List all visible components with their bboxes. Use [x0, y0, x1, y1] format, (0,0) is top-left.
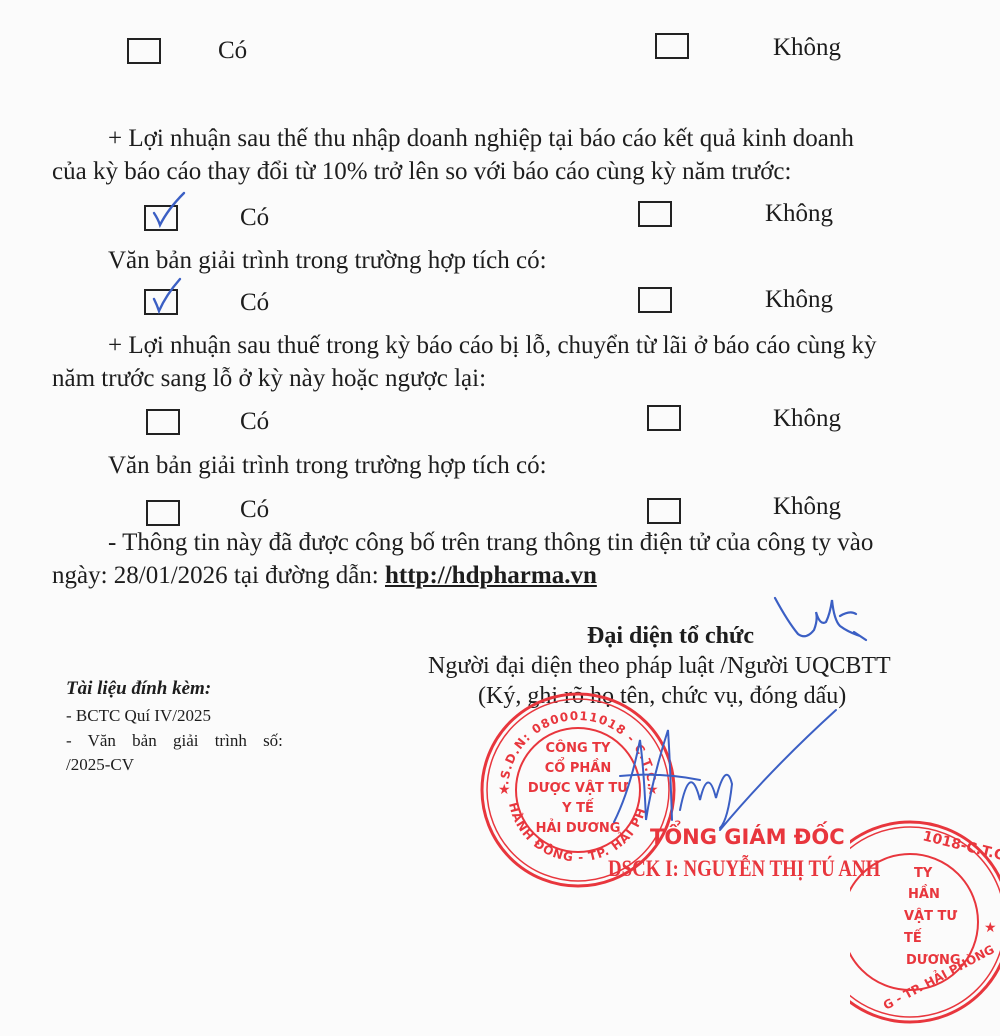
svg-text:VẬT TƯ: VẬT TƯ [904, 908, 957, 924]
option-label-khong: Không [765, 199, 833, 229]
svg-text:G - TP. HẢI PHÒNG: G - TP. HẢI PHÒNG [880, 940, 997, 1012]
option-label-khong: Không [773, 33, 841, 63]
checkbox-section2-co[interactable] [146, 409, 180, 435]
checkbox-explanation1-khong[interactable] [638, 287, 672, 313]
option-label-co: Có [240, 288, 269, 318]
explanation-label-1: Văn bản giải trình trong trường hợp tích… [108, 246, 547, 276]
checkbox-section1-co[interactable] [144, 205, 178, 231]
signature-role: Người đại diện theo pháp luật /Người UQC… [428, 651, 891, 681]
explanation-label-2: Văn bản giải trình trong trường hợp tích… [108, 451, 547, 481]
option-label-khong: Không [765, 285, 833, 315]
checkmark-icon [144, 191, 188, 235]
question-2-line-1: + Lợi nhuận sau thuế trong kỳ báo cáo bị… [108, 331, 876, 361]
attachment-item: - BCTC Quí IV/2025 [66, 706, 211, 726]
checkmark-icon [144, 275, 188, 319]
option-label-co: Có [240, 407, 269, 437]
svg-text:Y TẾ: Y TẾ [561, 799, 594, 816]
attachment-item: /2025-CV [66, 755, 134, 775]
question-1-line-2: của kỳ báo cáo thay đổi từ 10% trở lên s… [52, 157, 791, 187]
checkbox-explanation2-khong[interactable] [647, 498, 681, 524]
checkbox-section0-khong[interactable] [655, 33, 689, 59]
publication-line-2: ngày: 28/01/2026 tại đường dẫn: http://h… [52, 561, 597, 591]
svg-text:TY: TY [914, 866, 933, 881]
checkbox-section0-co[interactable] [127, 38, 161, 64]
question-1-line-1: + Lợi nhuận sau thế thu nhập doanh nghiệ… [108, 124, 854, 154]
checkbox-explanation2-co[interactable] [146, 500, 180, 526]
company-stamp-partial: 1018-C.T.C.P ★ TY HẦN VẬT TƯ TẾ DƯƠNG G … [850, 810, 1000, 1036]
signer-name: DSCK I: NGUYỄN THỊ TÚ ANH [608, 856, 880, 882]
initial-signature-icon [770, 592, 870, 652]
publication-line-1: - Thông tin này đã được công bố trên tra… [108, 528, 873, 558]
option-label-khong: Không [773, 404, 841, 434]
checkbox-section2-khong[interactable] [647, 405, 681, 431]
svg-text:★: ★ [984, 920, 997, 936]
svg-text:★: ★ [498, 782, 511, 798]
publication-date-text: ngày: 28/01/2026 tại đường dẫn: [52, 562, 385, 589]
question-2-line-2: năm trước sang lỗ ở kỳ này hoặc ngược lạ… [52, 364, 486, 394]
attachment-item: - Văn bản giải trình số: [66, 731, 283, 751]
svg-text:TẾ: TẾ [904, 929, 922, 946]
option-label-co: Có [240, 495, 269, 525]
company-website-link[interactable]: http://hdpharma.vn [385, 562, 597, 589]
option-label-co: Có [240, 203, 269, 233]
attachments-title: Tài liệu đính kèm: [66, 678, 211, 700]
svg-text:HẦN: HẦN [908, 884, 940, 902]
checkbox-explanation1-co[interactable] [144, 289, 178, 315]
option-label-khong: Không [773, 492, 841, 522]
checkbox-section1-khong[interactable] [638, 201, 672, 227]
option-label-co: Có [218, 36, 247, 66]
signer-position: TỔNG GIÁM ĐỐC [650, 825, 845, 849]
signature-title: Đại diện tổ chức [587, 621, 754, 651]
